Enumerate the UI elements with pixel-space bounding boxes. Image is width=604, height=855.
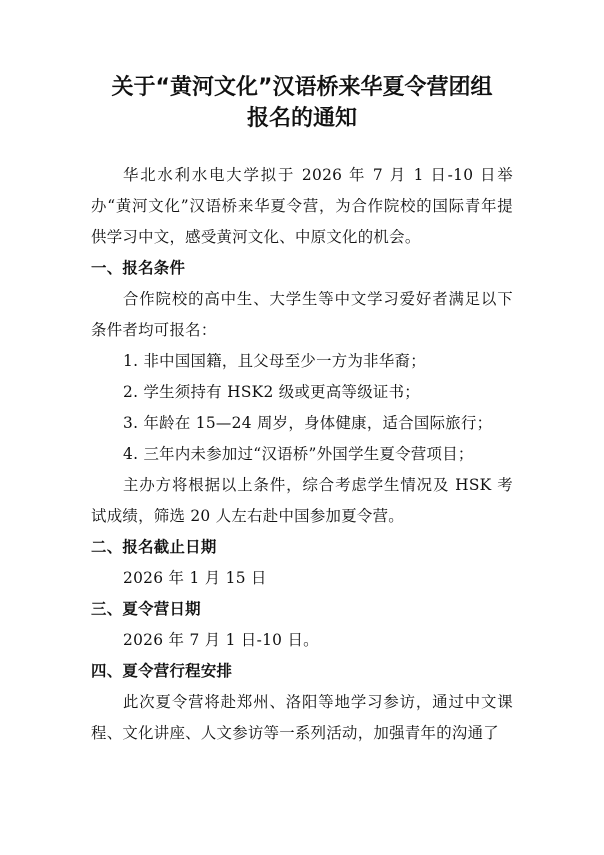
- eligibility-item-3: 3. 年龄在 15—24 周岁，身体健康，适合国际旅行；: [91, 408, 513, 439]
- eligibility-closing: 主办方将根据以上条件，综合考虑学生情况及 HSK 考试成绩，筛选 20 人左右赴…: [91, 470, 513, 532]
- eligibility-lead: 合作院校的高中生、大学生等中文学习爱好者满足以下条件者均可报名：: [91, 284, 513, 346]
- section-heading-deadline: 二、报名截止日期: [91, 532, 513, 563]
- intro-paragraph: 华北水利水电大学拟于 2026 年 7 月 1 日-10 日举办“黄河文化”汉语…: [91, 160, 513, 253]
- deadline-text: 2026 年 1 月 15 日: [91, 563, 513, 594]
- section-heading-itinerary: 四、夏令营行程安排: [91, 656, 513, 687]
- itinerary-text: 此次夏令营将赴郑州、洛阳等地学习参访，通过中文课程、文化讲座、人文参访等一系列活…: [91, 687, 513, 749]
- document-title: 关于“黄河文化”汉语桥来华夏令营团组 报名的通知: [77, 72, 527, 134]
- camp-dates-text: 2026 年 7 月 1 日-10 日。: [91, 625, 513, 656]
- title-line-2: 报名的通知: [77, 103, 527, 134]
- section-heading-eligibility: 一、报名条件: [91, 253, 513, 284]
- eligibility-item-4: 4. 三年内未参加过“汉语桥”外国学生夏令营项目；: [91, 439, 513, 470]
- eligibility-item-2: 2. 学生须持有 HSK2 级或更高等级证书；: [91, 377, 513, 408]
- eligibility-item-1: 1. 非中国国籍，且父母至少一方为非华裔；: [91, 346, 513, 377]
- section-heading-camp-dates: 三、夏令营日期: [91, 594, 513, 625]
- title-line-1: 关于“黄河文化”汉语桥来华夏令营团组: [77, 72, 527, 103]
- document-page: 关于“黄河文化”汉语桥来华夏令营团组 报名的通知 华北水利水电大学拟于 2026…: [91, 72, 513, 749]
